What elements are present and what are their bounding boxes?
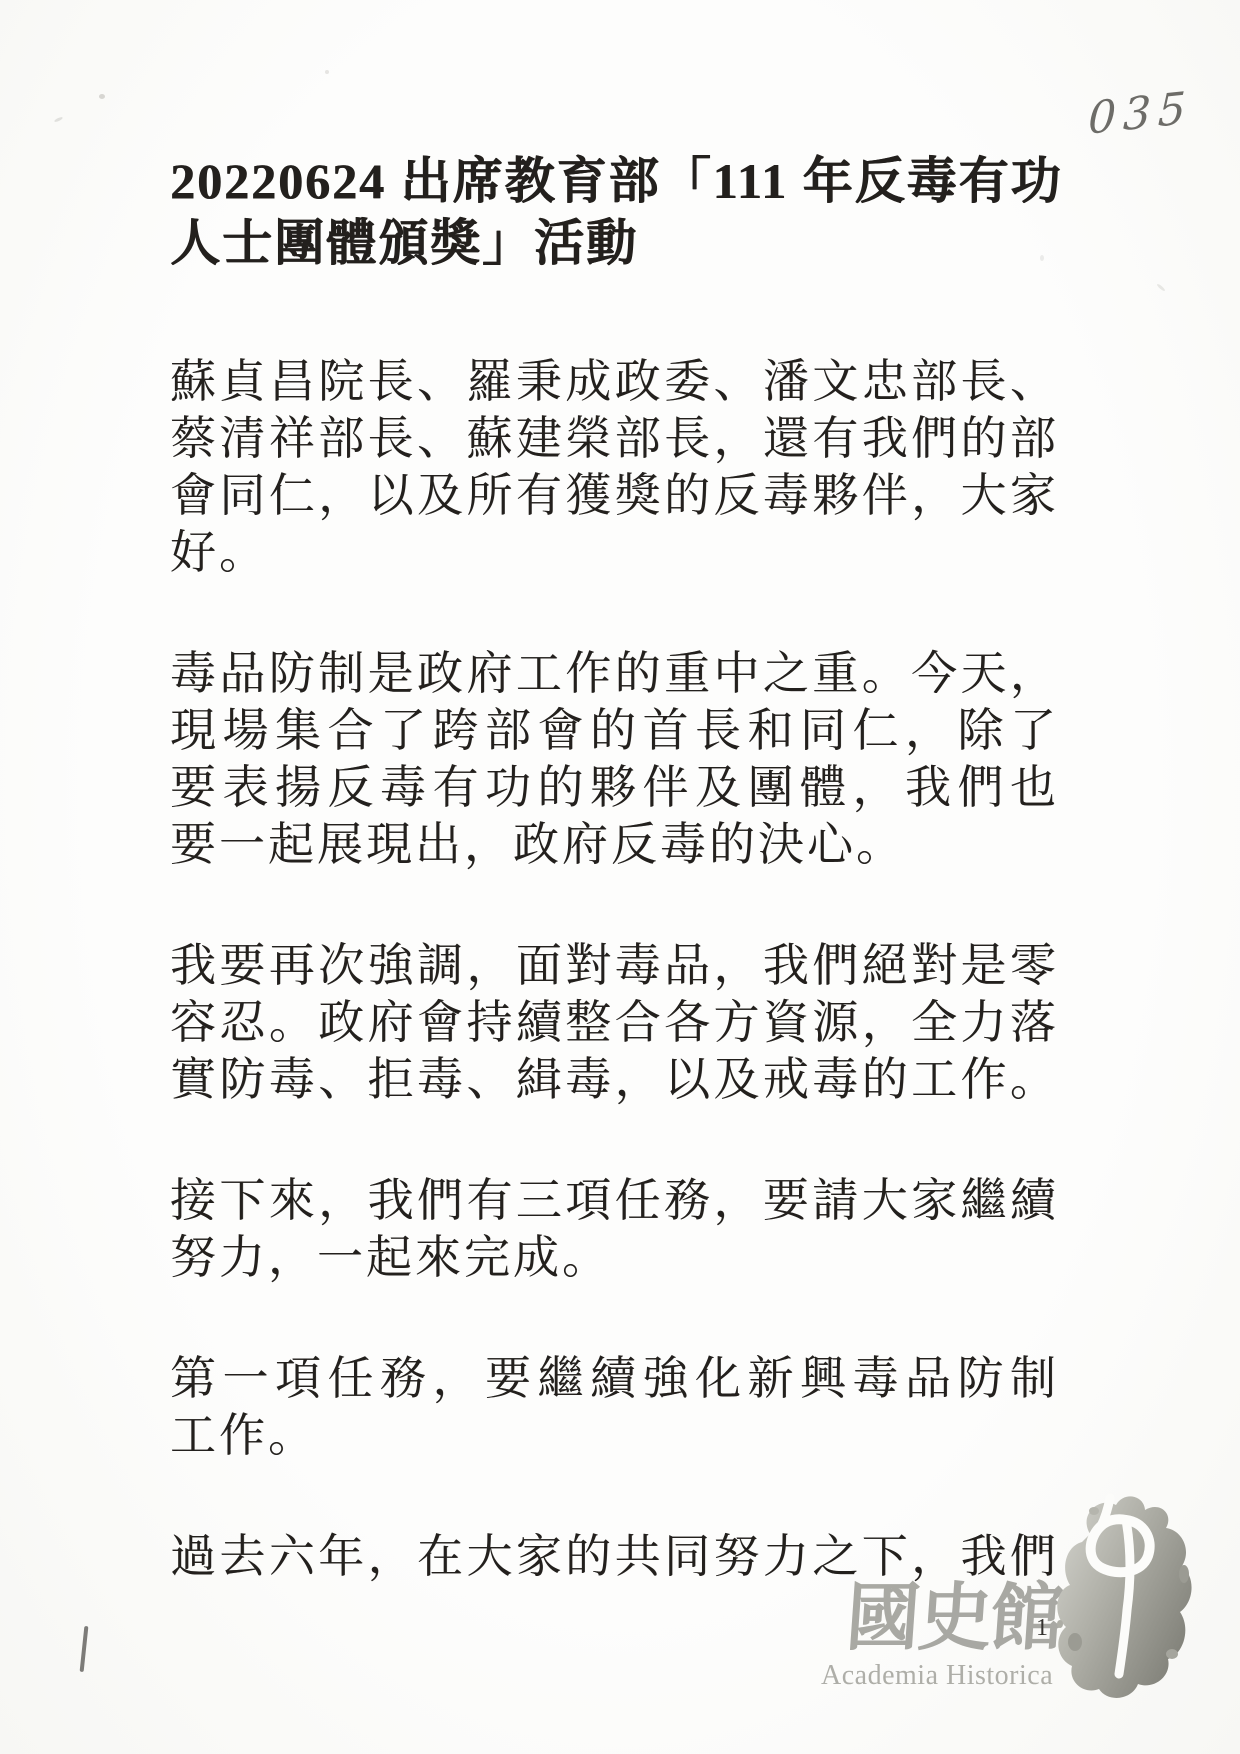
paragraph-greeting: 蘇貞昌院長、羅秉成政委、潘文忠部長、 蔡清祥部長、蘇建榮部長，還有我們的部 會同… bbox=[170, 353, 1056, 581]
text-line: 第一項任務，要繼續強化新興毒品防制 bbox=[170, 1350, 1056, 1407]
text-line: 容忍。政府會持續整合各方資源，全力落 bbox=[170, 994, 1056, 1051]
scan-speck bbox=[99, 94, 105, 99]
text-line: 努力，一起來完成。 bbox=[170, 1229, 1056, 1286]
title-line-1: 20220624 出席教育部「111 年反毒有功 bbox=[170, 150, 1056, 212]
paragraph-three-tasks: 接下來，我們有三項任務，要請大家繼續 努力，一起來完成。 bbox=[170, 1172, 1056, 1286]
scan-speck bbox=[1156, 283, 1166, 292]
text-line: 蔡清祥部長、蘇建榮部長，還有我們的部 bbox=[170, 410, 1056, 467]
academia-historica-seal-icon bbox=[1048, 1476, 1200, 1712]
paragraph-zero-tolerance: 我要再次強調，面對毒品，我們絕對是零 容忍。政府會持續整合各方資源，全力落 實防… bbox=[170, 937, 1056, 1108]
title-line-2: 人士團體頒獎」活動 bbox=[170, 212, 1056, 274]
paragraph-drug-prevention-priority: 毒品防制是政府工作的重中之重。今天， 現場集合了跨部會的首長和同仁，除了 要表揚… bbox=[170, 645, 1056, 873]
archive-number-handwritten: 035 bbox=[1088, 86, 1194, 141]
watermark-academia-historica-latin: Academia Historica bbox=[821, 1662, 1053, 1690]
text-line: 我要再次強調，面對毒品，我們絕對是零 bbox=[170, 937, 1056, 994]
text-line: 現場集合了跨部會的首長和同仁，除了 bbox=[170, 702, 1056, 759]
document-title: 20220624 出席教育部「111 年反毒有功 人士團體頒獎」活動 bbox=[170, 150, 1056, 274]
watermark-academia-historica-cjk: 國史館 bbox=[843, 1582, 1064, 1656]
handwritten-tally-mark bbox=[80, 1626, 89, 1672]
speech-text-column: 20220624 出席教育部「111 年反毒有功 人士團體頒獎」活動 蘇貞昌院長… bbox=[170, 150, 1056, 1585]
page-number: 1 bbox=[1036, 1616, 1048, 1640]
text-line: 實防毒、拒毒、緝毒，以及戒毒的工作。 bbox=[170, 1051, 1056, 1108]
scan-speck bbox=[325, 70, 329, 74]
text-line: 要一起展現出，政府反毒的決心。 bbox=[170, 816, 1056, 873]
text-line: 蘇貞昌院長、羅秉成政委、潘文忠部長、 bbox=[170, 353, 1056, 410]
paragraph-first-task: 第一項任務，要繼續強化新興毒品防制 工作。 bbox=[170, 1350, 1056, 1464]
paragraph-past-six-years: 過去六年，在大家的共同努力之下，我們 bbox=[170, 1528, 1056, 1585]
scan-speck bbox=[54, 116, 63, 123]
scanned-speech-page: 035 20220624 出席教育部「111 年反毒有功 人士團體頒獎」活動 蘇… bbox=[0, 0, 1240, 1754]
text-line: 過去六年，在大家的共同努力之下，我們 bbox=[170, 1528, 1056, 1585]
text-line: 毒品防制是政府工作的重中之重。今天， bbox=[170, 645, 1056, 702]
text-line: 會同仁，以及所有獲獎的反毒夥伴，大家 bbox=[170, 467, 1056, 524]
text-line: 接下來，我們有三項任務，要請大家繼續 bbox=[170, 1172, 1056, 1229]
text-line: 好。 bbox=[170, 524, 1056, 581]
text-line: 工作。 bbox=[170, 1407, 1056, 1464]
text-line: 要表揚反毒有功的夥伴及團體，我們也 bbox=[170, 759, 1056, 816]
